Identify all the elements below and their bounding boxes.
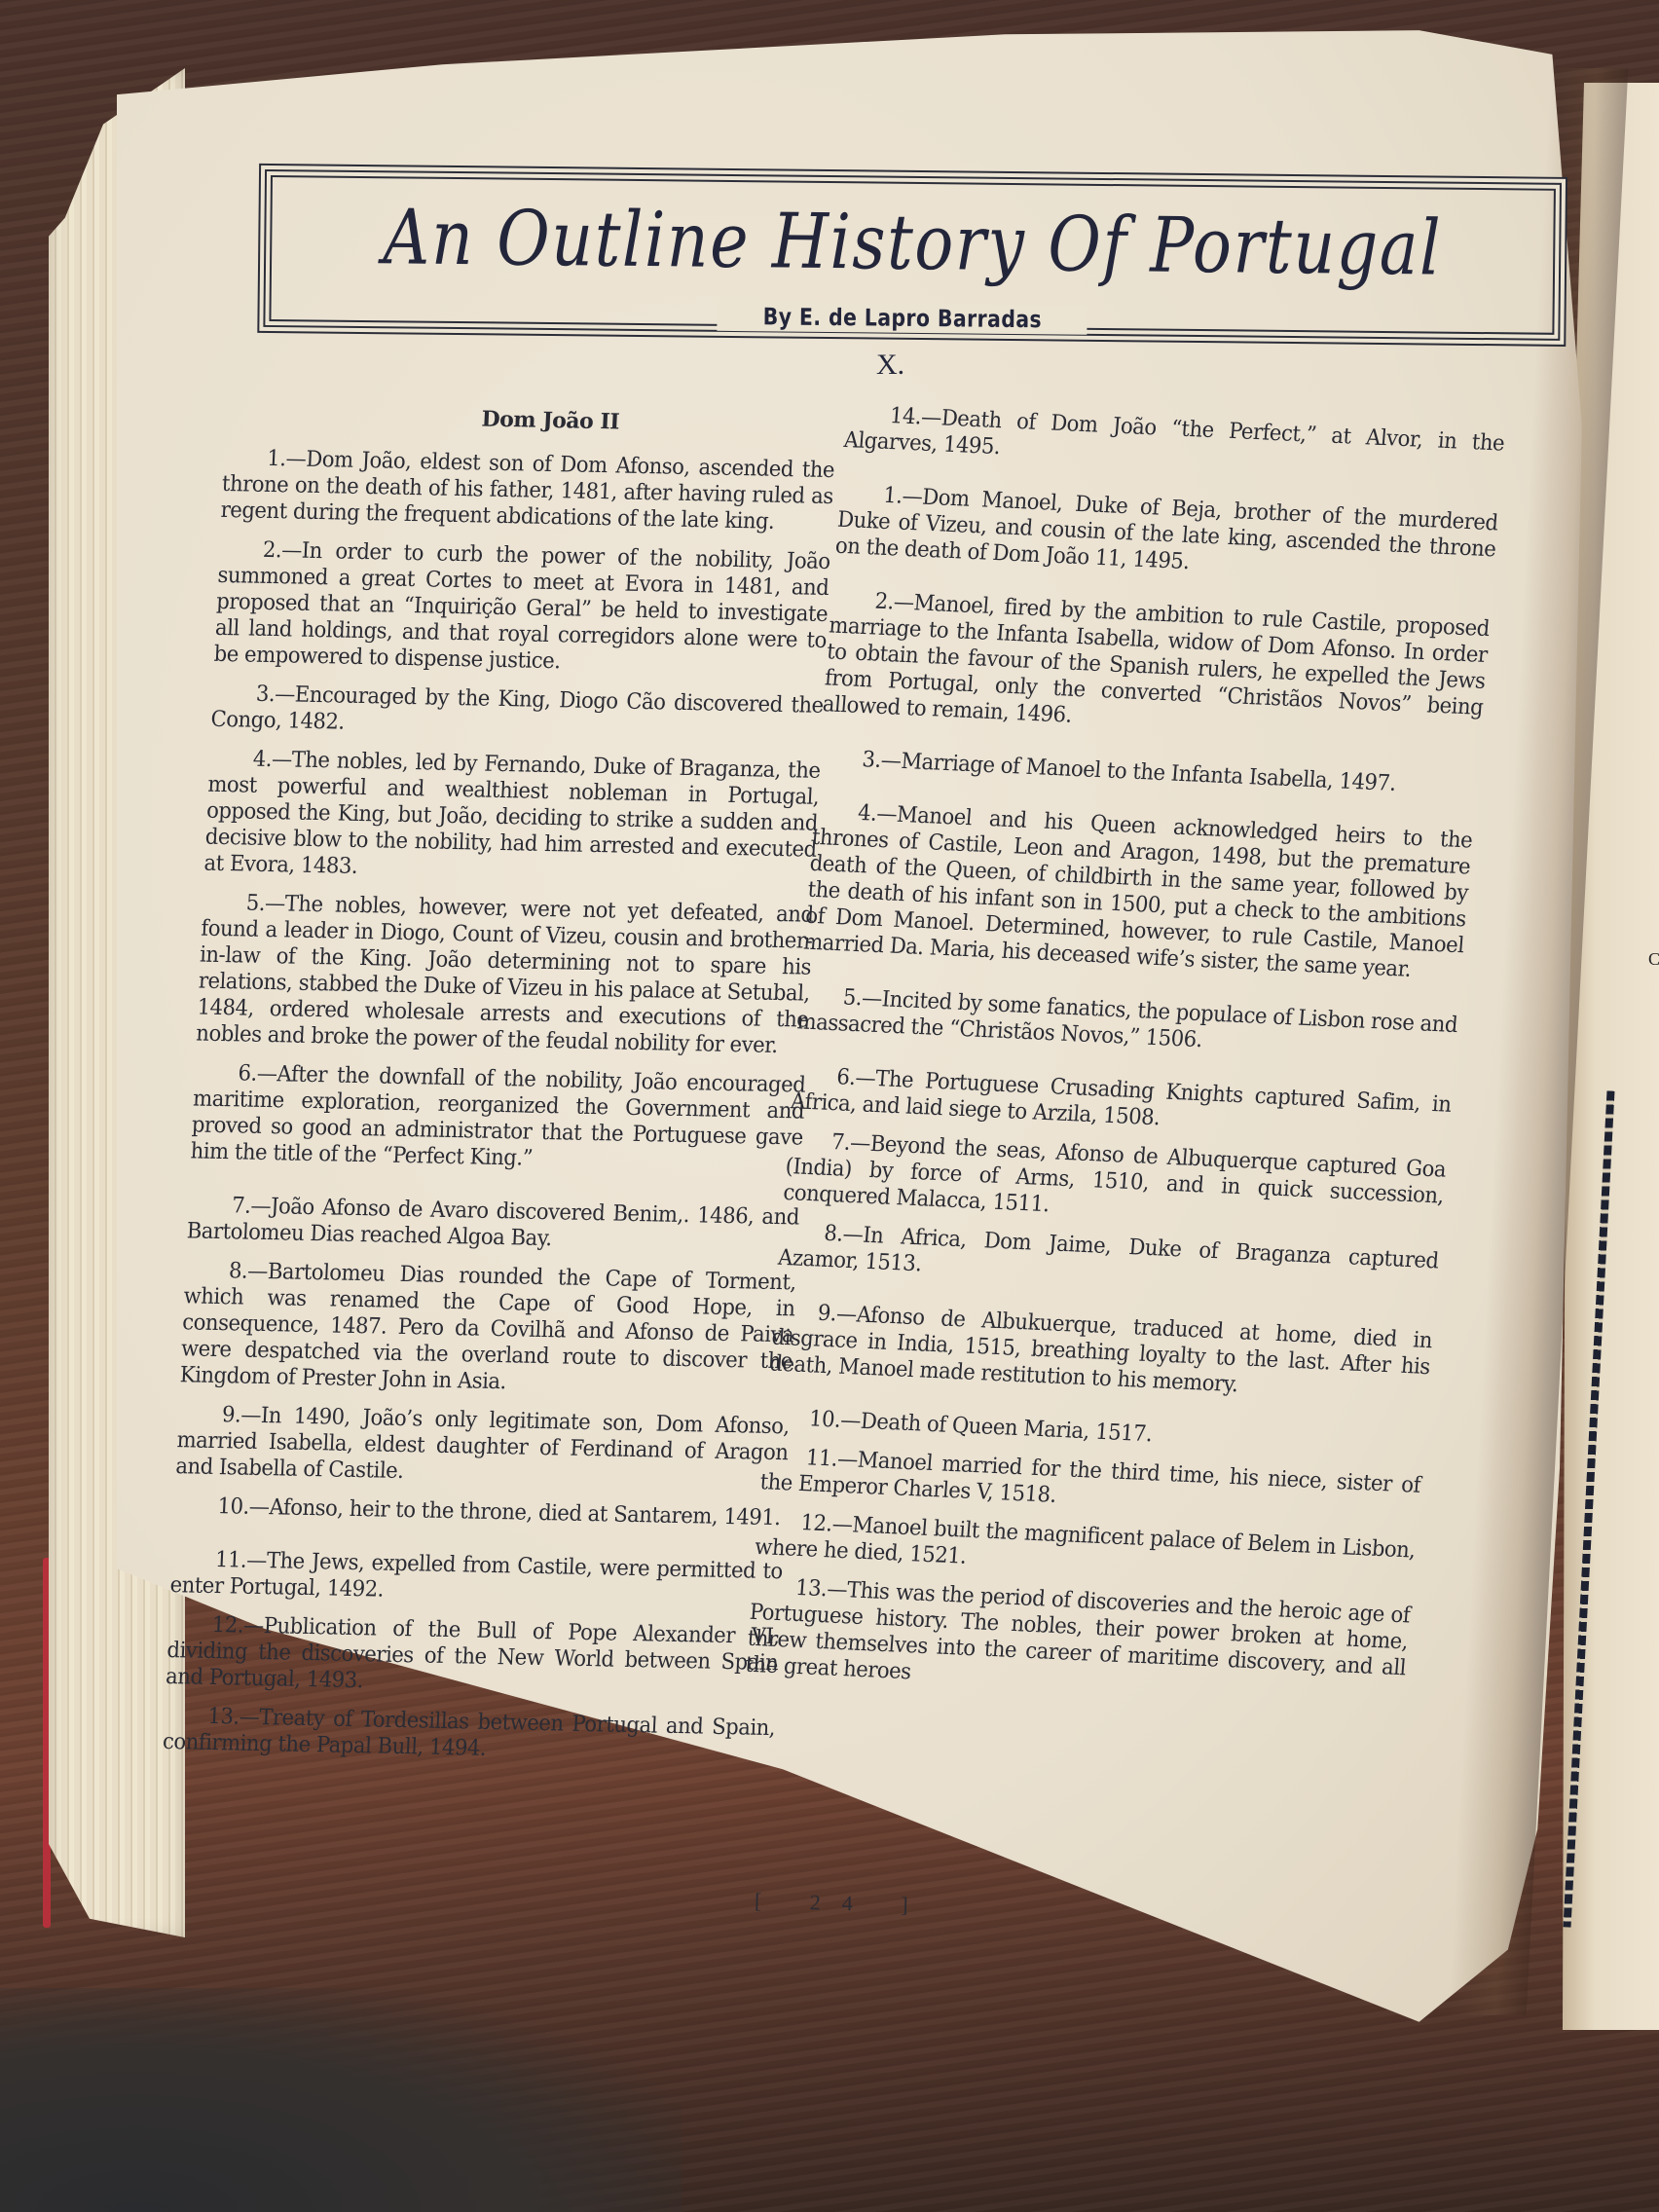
entry-text: —This was the period of discoveries and …	[745, 1576, 1412, 1684]
entry: 4.—Manoel and his Queen acknowledged hei…	[802, 798, 1473, 985]
entry: 7.—João Afonso de Avaro discovered Benim…	[186, 1192, 799, 1257]
entry: 1.—Dom João, eldest son of Dom Afonso, a…	[220, 445, 835, 536]
entry-number: 1.	[267, 446, 286, 471]
author-byline: By E. de Lapro Barradas	[762, 303, 1042, 333]
entry-number: 6.	[238, 1060, 257, 1086]
entry: 3.—Encouraged by the King, Diogo Cão dis…	[210, 681, 824, 746]
entry-text: —Encouraged by the King, Diogo Cão disco…	[210, 682, 824, 734]
entry: 9.—Afonso de Albukuerque, traduced at ho…	[768, 1299, 1433, 1407]
entry-number: 8.	[228, 1258, 247, 1283]
entry-text: —In 1490, João’s only legitimate son, Do…	[175, 1403, 791, 1484]
entry: 10.—Afonso, heir to the throne, died at …	[173, 1493, 786, 1531]
entry-text: —João Afonso de Avaro discovered Benim,.…	[186, 1194, 799, 1251]
entry-text: —Publication of the Bull of Pope Alexand…	[166, 1613, 781, 1694]
entry-number: 12.	[800, 1510, 833, 1536]
entry-number: 12.	[211, 1612, 243, 1639]
entry-number: 9.	[221, 1402, 240, 1427]
entry: 13.—Treaty of Tordesillas between Portug…	[162, 1703, 775, 1768]
entry-text: —Beyond the seas, Afonso de Albuquerque …	[783, 1130, 1448, 1217]
entry: 11.—The Jews, expelled from Castile, wer…	[169, 1546, 783, 1611]
entry: 3.—Marriage of Manoel to the Infanta Isa…	[817, 745, 1477, 801]
byline-row: By E. de Lapro Barradas	[717, 302, 1087, 335]
entry-text: —Manoel, fired by the ambition to rule C…	[822, 589, 1491, 727]
entry: 1.—Dom Manoel, Duke of Beja, brother of …	[834, 481, 1499, 589]
entry-text: —Marriage of Manoel to the Infanta Isabe…	[880, 748, 1397, 796]
entry-text: —The Jews, expelled from Castile, were p…	[169, 1548, 783, 1603]
entry: 4.—The nobles, led by Fernando, Duke of …	[203, 746, 821, 890]
entry: 8.—Bartolomeu Dias rounded the Cape of T…	[179, 1257, 796, 1401]
page-number: [ 24 ]	[755, 1889, 930, 1919]
entry-number: 13.	[207, 1704, 240, 1730]
entry-text: —Afonso de Albukuerque, traduced at home…	[768, 1302, 1433, 1398]
entry-text: —Treaty of Tordesillas between Portugal …	[162, 1705, 775, 1761]
entry-text: —In order to curb the power of the nobil…	[213, 537, 830, 674]
entry-text: —Bartolomeu Dias rounded the Cape of Tor…	[179, 1259, 796, 1395]
entry: 6.—After the downfall of the nobility, J…	[190, 1059, 806, 1177]
entry: 13.—This was the period of discoveries a…	[744, 1573, 1411, 1708]
entry-text: —Manoel and his Queen acknowledged heirs…	[802, 801, 1473, 982]
entry-text: —The nobles, however, were not yet defea…	[196, 891, 814, 1058]
article-title: An Outline History Of Portugal	[366, 194, 1459, 293]
entry-text: —Dom Manoel, Duke of Beja, brother of th…	[834, 484, 1499, 574]
entry-text: —Death of Queen Maria, 1517.	[839, 1408, 1153, 1447]
entry-text: —Incited by some fanatics, the populace …	[796, 985, 1458, 1052]
entry-number: 11.	[214, 1547, 246, 1573]
entry-number: 10.	[217, 1493, 249, 1520]
entry-text: —Afonso, heir to the throne, died at San…	[248, 1494, 781, 1530]
entry-number: 14.	[889, 403, 922, 429]
entry-number: 5.	[245, 891, 265, 916]
entry: 2.—In order to curb the power of the nob…	[213, 536, 830, 681]
title-block: An Outline History Of Portugal By E. de …	[269, 175, 1555, 335]
entry: 5.—Incited by some fanatics, the populac…	[796, 982, 1458, 1065]
entry-number: 7.	[232, 1193, 251, 1218]
entry-text: —Dom João, eldest son of Dom Afonso, asc…	[220, 446, 835, 535]
facing-page-text: C	[1648, 944, 1659, 974]
floor-shadow	[0, 1988, 682, 2212]
chapter-number: X.	[876, 349, 904, 382]
entry: 7.—Beyond the seas, Afonso de Albuquerqu…	[782, 1127, 1447, 1235]
entry: 12.—Publication of the Bull of Pope Alex…	[166, 1611, 781, 1703]
entry-text: —After the downfall of the nobility, Joã…	[190, 1061, 806, 1171]
entry: 9.—In 1490, João’s only legitimate son, …	[175, 1401, 791, 1493]
entry-number: 10.	[808, 1406, 841, 1432]
entry-number: 4.	[252, 747, 272, 772]
entry-number: 11.	[805, 1445, 838, 1471]
entry: 2.—Manoel, fired by the ambition to rule…	[822, 587, 1491, 748]
entry-number: 13.	[794, 1575, 828, 1602]
entry-number: 3.	[255, 682, 275, 707]
right-column: 14.—Death of Dom João “the Perfect,” at …	[743, 401, 1547, 1722]
entry-text: —The nobles, led by Fernando, Duke of Br…	[203, 747, 821, 879]
entry: 5.—The nobles, however, were not yet def…	[196, 890, 814, 1060]
entry-number: 2.	[262, 537, 281, 563]
entry-text: —The Portuguese Crusading Knights captur…	[790, 1065, 1452, 1130]
